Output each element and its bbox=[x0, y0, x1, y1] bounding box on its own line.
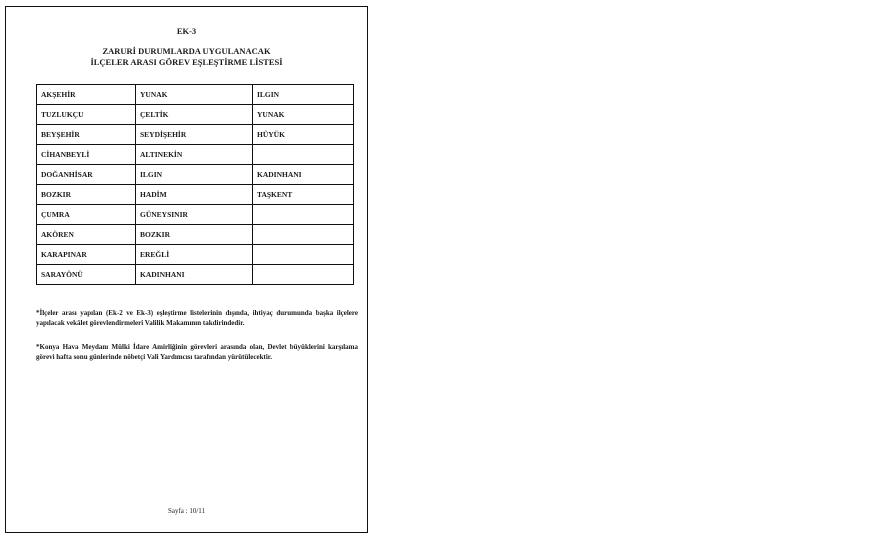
table-cell: BOZKIR bbox=[136, 225, 253, 245]
table-cell: KARAPINAR bbox=[37, 245, 136, 265]
page-number: Sayfa : 10/11 bbox=[6, 507, 367, 515]
table-cell: ALTINEKİN bbox=[136, 145, 253, 165]
table-cell: TUZLUKÇU bbox=[37, 105, 136, 125]
table-cell: SARAYÖNÜ bbox=[37, 265, 136, 285]
table-cell: CİHANBEYLİ bbox=[37, 145, 136, 165]
table-cell bbox=[253, 265, 354, 285]
table-cell: EREĞLİ bbox=[136, 245, 253, 265]
table-cell: KADINHANI bbox=[136, 265, 253, 285]
table-cell: HADİM bbox=[136, 185, 253, 205]
document-page: EK-3 ZARURİ DURUMLARDA UYGULANACAK İLÇEL… bbox=[5, 6, 368, 533]
table-row: DOĞANHİSARILGINKADINHANI bbox=[37, 165, 354, 185]
table-cell: KADINHANI bbox=[253, 165, 354, 185]
matching-table: AKŞEHİRYUNAKILGINTUZLUKÇUÇELTİKYUNAKBEYŞ… bbox=[36, 84, 354, 285]
table-row: AKŞEHİRYUNAKILGIN bbox=[37, 85, 354, 105]
table-cell: ILGIN bbox=[253, 85, 354, 105]
table-cell: ÇUMRA bbox=[37, 205, 136, 225]
document-title: ZARURİ DURUMLARDA UYGULANACAK İLÇELER AR… bbox=[6, 46, 367, 68]
table-cell: ILGIN bbox=[136, 165, 253, 185]
table-cell: ÇELTİK bbox=[136, 105, 253, 125]
table-row: KARAPINAREREĞLİ bbox=[37, 245, 354, 265]
table-cell: YUNAK bbox=[253, 105, 354, 125]
table-cell bbox=[253, 205, 354, 225]
table-row: BEYŞEHİRSEYDİŞEHİRHÜYÜK bbox=[37, 125, 354, 145]
table-cell bbox=[253, 145, 354, 165]
table-cell: BEYŞEHİR bbox=[37, 125, 136, 145]
table-row: BOZKIRHADİMTAŞKENT bbox=[37, 185, 354, 205]
table-cell: AKŞEHİR bbox=[37, 85, 136, 105]
table-cell bbox=[253, 245, 354, 265]
table-row: SARAYÖNÜKADINHANI bbox=[37, 265, 354, 285]
table-row: TUZLUKÇUÇELTİKYUNAK bbox=[37, 105, 354, 125]
annex-label: EK-3 bbox=[6, 26, 367, 36]
table-cell: AKÖREN bbox=[37, 225, 136, 245]
table-cell: SEYDİŞEHİR bbox=[136, 125, 253, 145]
title-line-2: İLÇELER ARASI GÖREV EŞLEŞTİRME LİSTESİ bbox=[6, 57, 367, 68]
table-cell bbox=[253, 225, 354, 245]
table-cell: TAŞKENT bbox=[253, 185, 354, 205]
table-cell: HÜYÜK bbox=[253, 125, 354, 145]
table-row: AKÖRENBOZKIR bbox=[37, 225, 354, 245]
table-cell: BOZKIR bbox=[37, 185, 136, 205]
table-cell: YUNAK bbox=[136, 85, 253, 105]
table-cell: GÜNEYSINIR bbox=[136, 205, 253, 225]
table-cell: DOĞANHİSAR bbox=[37, 165, 136, 185]
table-row: CİHANBEYLİALTINEKİN bbox=[37, 145, 354, 165]
title-line-1: ZARURİ DURUMLARDA UYGULANACAK bbox=[6, 46, 367, 57]
table-row: ÇUMRAGÜNEYSINIR bbox=[37, 205, 354, 225]
note-1: *İlçeler arası yapılan (Ek-2 ve Ek-3) eş… bbox=[36, 308, 358, 328]
note-2: *Konya Hava Meydanı Mülki İdare Amirliği… bbox=[36, 342, 358, 362]
